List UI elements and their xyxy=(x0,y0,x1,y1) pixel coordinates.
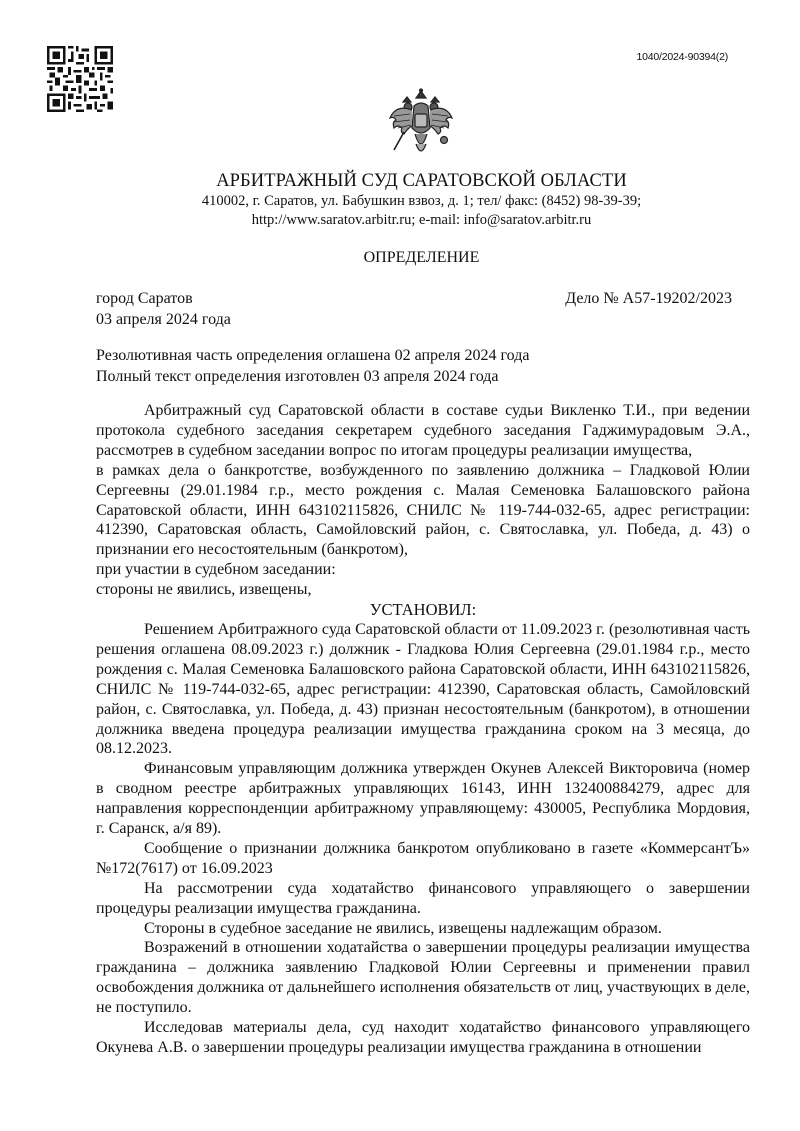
court-address: 410002, г. Саратов, ул. Бабушкин взвоз, … xyxy=(0,192,800,211)
paragraph-case-context: в рамках дела о банкротстве, возбужденно… xyxy=(96,461,750,561)
court-contacts: http://www.saratov.arbitr.ru; e-mail: in… xyxy=(0,211,800,230)
document-reference-number: 1040/2024-90394(2) xyxy=(636,51,728,63)
court-header: АРБИТРАЖНЫЙ СУД САРАТОВСКОЙ ОБЛАСТИ 4100… xyxy=(0,170,800,230)
paragraph-participants: стороны не явились, извещены, xyxy=(96,580,750,600)
announcement-block: Резолютивная часть определения оглашена … xyxy=(96,345,529,387)
paragraph-no-objections: Возражений в отношении ходатайства о зав… xyxy=(96,938,750,1018)
document-page: 1040/2024-90394(2) xyxy=(0,0,800,1131)
full-text-prepared: Полный текст определения изготовлен 03 а… xyxy=(96,366,529,387)
document-body: Арбитражный суд Саратовской области в со… xyxy=(96,401,750,1058)
paragraph-parties-absent: Стороны в судебное заседание не явились,… xyxy=(96,919,750,939)
paragraph-court-composition: Арбитражный суд Саратовской области в со… xyxy=(96,401,750,461)
place-and-date: город Саратов 03 апреля 2024 года xyxy=(96,288,231,330)
qr-code-icon xyxy=(47,46,113,112)
document-date: 03 апреля 2024 года xyxy=(96,309,231,330)
resolution-announced: Резолютивная часть определения оглашена … xyxy=(96,345,529,366)
paragraph-motion: На рассмотрении суда ходатайство финансо… xyxy=(96,879,750,919)
case-number: Дело № А57-19202/2023 xyxy=(565,288,732,309)
paragraph-participants-label: при участии в судебном заседании: xyxy=(96,560,750,580)
paragraph-decision: Решением Арбитражного суда Саратовской о… xyxy=(96,620,750,759)
paragraph-findings: Исследовав материалы дела, суд находит х… xyxy=(96,1018,750,1058)
court-name: АРБИТРАЖНЫЙ СУД САРАТОВСКОЙ ОБЛАСТИ xyxy=(0,170,800,192)
paragraph-publication: Сообщение о признании должника банкротом… xyxy=(96,839,750,879)
document-title: ОПРЕДЕЛЕНИЕ xyxy=(0,248,800,268)
city: город Саратов xyxy=(96,288,231,309)
paragraph-financial-manager: Финансовым управляющим должника утвержде… xyxy=(96,759,750,839)
section-heading-established: УСТАНОВИЛ: xyxy=(96,600,750,620)
coat-of-arms-icon xyxy=(386,88,456,160)
